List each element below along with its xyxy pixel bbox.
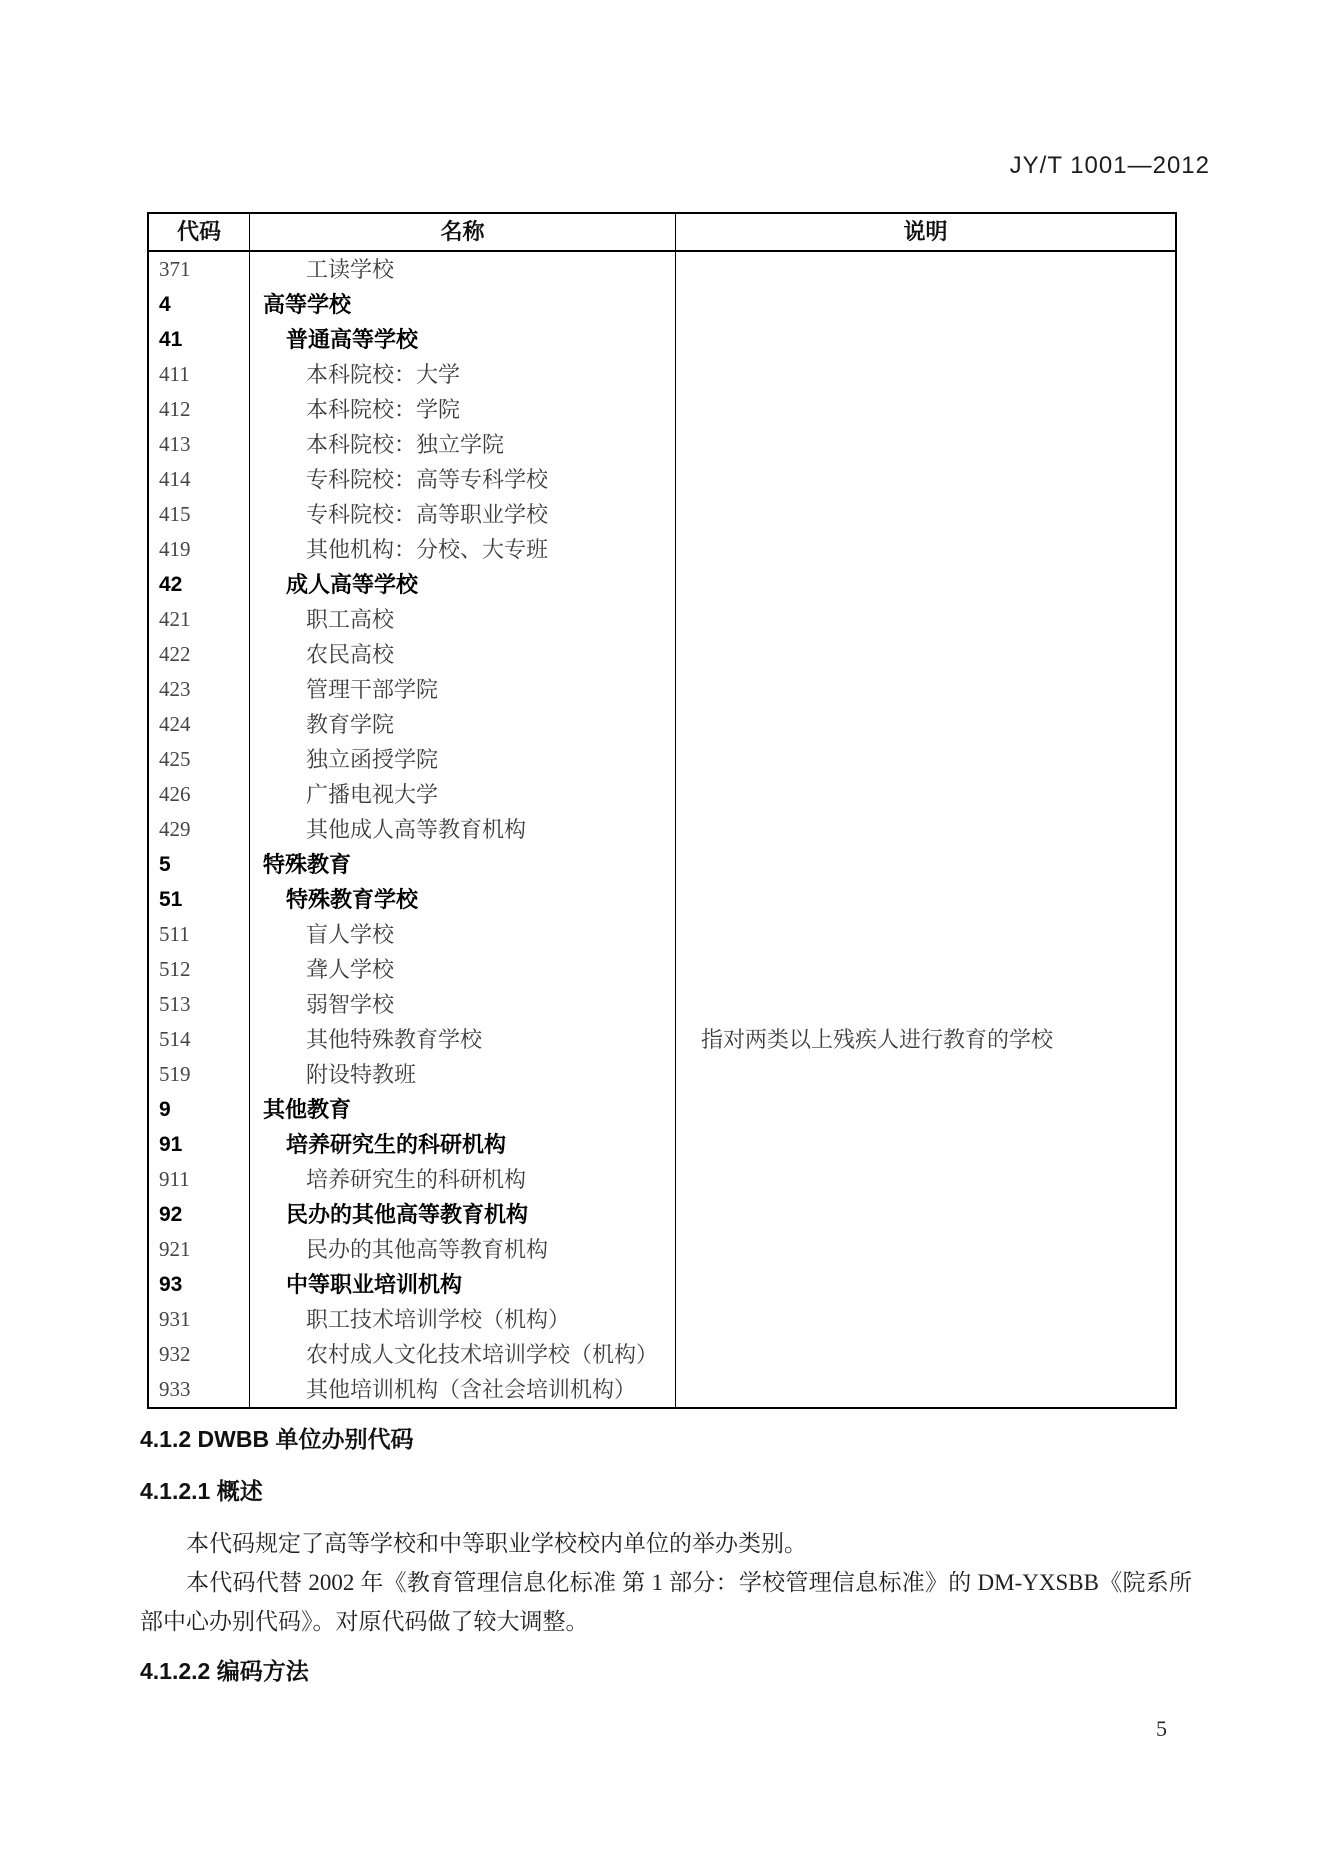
desc-cell (676, 462, 1175, 497)
doc-code: JY/T 1001—2012 (1010, 152, 1210, 180)
table-row: 423管理干部学院 (149, 672, 1175, 707)
code-cell: 512 (149, 952, 250, 987)
table-row: 92民办的其他高等教育机构 (149, 1197, 1175, 1232)
code-cell: 9 (149, 1092, 250, 1127)
code-cell: 931 (149, 1302, 250, 1337)
name-cell: 其他特殊教育学校 (250, 1022, 676, 1057)
desc-cell (676, 777, 1175, 812)
code-cell: 413 (149, 427, 250, 462)
name-cell: 高等学校 (250, 287, 676, 322)
desc-cell (676, 602, 1175, 637)
desc-cell (676, 672, 1175, 707)
table-row: 911培养研究生的科研机构 (149, 1162, 1175, 1197)
desc-cell (676, 1197, 1175, 1232)
desc-cell (676, 497, 1175, 532)
code-cell: 514 (149, 1022, 250, 1057)
table-header-desc: 说明 (676, 214, 1175, 250)
desc-cell (676, 1302, 1175, 1337)
code-cell: 419 (149, 532, 250, 567)
table-row: 5特殊教育 (149, 847, 1175, 882)
code-cell: 422 (149, 637, 250, 672)
code-cell: 932 (149, 1337, 250, 1372)
section-heading-412: 4.1.2 DWBB 单位办别代码 (140, 1426, 413, 1452)
name-cell: 其他成人高等教育机构 (250, 812, 676, 847)
table-row: 413本科院校：独立学院 (149, 427, 1175, 462)
name-cell: 特殊教育 (250, 847, 676, 882)
name-cell: 管理干部学院 (250, 672, 676, 707)
desc-cell (676, 1092, 1175, 1127)
name-cell: 附设特教班 (250, 1057, 676, 1092)
table-row: 513弱智学校 (149, 987, 1175, 1022)
code-table: 代码 名称 说明 371工读学校4高等学校41普通高等学校411本科院校：大学4… (147, 212, 1177, 1409)
table-row: 93中等职业培训机构 (149, 1267, 1175, 1302)
desc-cell (676, 637, 1175, 672)
code-cell: 511 (149, 917, 250, 952)
name-cell: 其他机构：分校、大专班 (250, 532, 676, 567)
name-cell: 普通高等学校 (250, 322, 676, 357)
desc-cell (676, 952, 1175, 987)
name-cell: 独立函授学院 (250, 742, 676, 777)
section-body-4121: 本代码规定了高等学校和中等职业学校校内单位的举办类别。 本代码代替 2002 年… (140, 1524, 1192, 1641)
code-cell: 5 (149, 847, 250, 882)
table-row: 4高等学校 (149, 287, 1175, 322)
name-cell: 工读学校 (250, 252, 676, 287)
code-cell: 91 (149, 1127, 250, 1162)
table-row: 371工读学校 (149, 252, 1175, 287)
name-cell: 聋人学校 (250, 952, 676, 987)
desc-cell (676, 357, 1175, 392)
table-row: 512聋人学校 (149, 952, 1175, 987)
name-cell: 广播电视大学 (250, 777, 676, 812)
name-cell: 弱智学校 (250, 987, 676, 1022)
desc-cell (676, 882, 1175, 917)
table-row: 42成人高等学校 (149, 567, 1175, 602)
table-row: 9其他教育 (149, 1092, 1175, 1127)
code-cell: 424 (149, 707, 250, 742)
code-cell: 4 (149, 287, 250, 322)
code-cell: 423 (149, 672, 250, 707)
name-cell: 其他教育 (250, 1092, 676, 1127)
desc-cell (676, 987, 1175, 1022)
desc-cell (676, 1057, 1175, 1092)
name-cell: 职工技术培训学校（机构） (250, 1302, 676, 1337)
table-row: 932农村成人文化技术培训学校（机构） (149, 1337, 1175, 1372)
code-cell: 412 (149, 392, 250, 427)
table-header-name: 名称 (250, 214, 676, 250)
name-cell: 本科院校：独立学院 (250, 427, 676, 462)
name-cell: 特殊教育学校 (250, 882, 676, 917)
desc-cell (676, 1127, 1175, 1162)
desc-cell (676, 917, 1175, 952)
name-cell: 培养研究生的科研机构 (250, 1162, 676, 1197)
table-row: 415专科院校：高等职业学校 (149, 497, 1175, 532)
table-row: 519附设特教班 (149, 1057, 1175, 1092)
table-row: 931职工技术培训学校（机构） (149, 1302, 1175, 1337)
desc-cell (676, 1337, 1175, 1372)
code-cell: 429 (149, 812, 250, 847)
table-header-code: 代码 (149, 214, 250, 250)
code-cell: 93 (149, 1267, 250, 1302)
code-cell: 414 (149, 462, 250, 497)
table-row: 51特殊教育学校 (149, 882, 1175, 917)
code-cell: 92 (149, 1197, 250, 1232)
name-cell: 盲人学校 (250, 917, 676, 952)
desc-cell (676, 1162, 1175, 1197)
name-cell: 农村成人文化技术培训学校（机构） (250, 1337, 676, 1372)
name-cell: 其他培训机构（含社会培训机构） (250, 1372, 676, 1407)
name-cell: 民办的其他高等教育机构 (250, 1197, 676, 1232)
desc-cell (676, 1267, 1175, 1302)
desc-cell (676, 1232, 1175, 1267)
code-cell: 421 (149, 602, 250, 637)
desc-cell (676, 1372, 1175, 1407)
code-cell: 426 (149, 777, 250, 812)
code-cell: 371 (149, 252, 250, 287)
name-cell: 职工高校 (250, 602, 676, 637)
code-cell: 921 (149, 1232, 250, 1267)
name-cell: 成人高等学校 (250, 567, 676, 602)
desc-cell (676, 427, 1175, 462)
code-cell: 911 (149, 1162, 250, 1197)
paragraph-overview-1: 本代码规定了高等学校和中等职业学校校内单位的举办类别。 (140, 1524, 1192, 1563)
name-cell: 专科院校：高等专科学校 (250, 462, 676, 497)
table-row: 412本科院校：学院 (149, 392, 1175, 427)
code-cell: 519 (149, 1057, 250, 1092)
table-row: 429其他成人高等教育机构 (149, 812, 1175, 847)
code-cell: 933 (149, 1372, 250, 1407)
code-cell: 415 (149, 497, 250, 532)
table-row: 424教育学院 (149, 707, 1175, 742)
page-number: 5 (1156, 1716, 1167, 1742)
name-cell: 本科院校：大学 (250, 357, 676, 392)
table-row: 414专科院校：高等专科学校 (149, 462, 1175, 497)
table-row: 422农民高校 (149, 637, 1175, 672)
table-row: 921民办的其他高等教育机构 (149, 1232, 1175, 1267)
name-cell: 民办的其他高等教育机构 (250, 1232, 676, 1267)
table-header-row: 代码 名称 说明 (149, 214, 1175, 252)
table-row: 419其他机构：分校、大专班 (149, 532, 1175, 567)
code-cell: 41 (149, 322, 250, 357)
table-row: 421职工高校 (149, 602, 1175, 637)
desc-cell (676, 287, 1175, 322)
section-heading-4122: 4.1.2.2 编码方法 (140, 1658, 309, 1684)
desc-cell (676, 742, 1175, 777)
document-page: JY/T 1001—2012 代码 名称 说明 371工读学校4高等学校41普通… (0, 0, 1323, 1871)
code-cell: 42 (149, 567, 250, 602)
table-row: 933其他培训机构（含社会培训机构） (149, 1372, 1175, 1407)
code-cell: 513 (149, 987, 250, 1022)
code-cell: 411 (149, 357, 250, 392)
paragraph-overview-2: 本代码代替 2002 年《教育管理信息化标准 第 1 部分：学校管理信息标准》的… (140, 1563, 1192, 1641)
table-body: 371工读学校4高等学校41普通高等学校411本科院校：大学412本科院校：学院… (149, 252, 1175, 1407)
code-cell: 425 (149, 742, 250, 777)
table-row: 514其他特殊教育学校指对两类以上残疾人进行教育的学校 (149, 1022, 1175, 1057)
section-heading-4121: 4.1.2.1 概述 (140, 1478, 263, 1504)
desc-cell (676, 322, 1175, 357)
desc-cell (676, 532, 1175, 567)
table-row: 426广播电视大学 (149, 777, 1175, 812)
desc-cell (676, 812, 1175, 847)
table-row: 511盲人学校 (149, 917, 1175, 952)
table-row: 411本科院校：大学 (149, 357, 1175, 392)
desc-cell: 指对两类以上残疾人进行教育的学校 (676, 1022, 1175, 1057)
desc-cell (676, 392, 1175, 427)
name-cell: 专科院校：高等职业学校 (250, 497, 676, 532)
desc-cell (676, 707, 1175, 742)
table-row: 425独立函授学院 (149, 742, 1175, 777)
name-cell: 培养研究生的科研机构 (250, 1127, 676, 1162)
name-cell: 本科院校：学院 (250, 392, 676, 427)
name-cell: 中等职业培训机构 (250, 1267, 676, 1302)
name-cell: 农民高校 (250, 637, 676, 672)
name-cell: 教育学院 (250, 707, 676, 742)
desc-cell (676, 252, 1175, 287)
table-row: 41普通高等学校 (149, 322, 1175, 357)
desc-cell (676, 847, 1175, 882)
code-cell: 51 (149, 882, 250, 917)
desc-cell (676, 567, 1175, 602)
table-row: 91培养研究生的科研机构 (149, 1127, 1175, 1162)
